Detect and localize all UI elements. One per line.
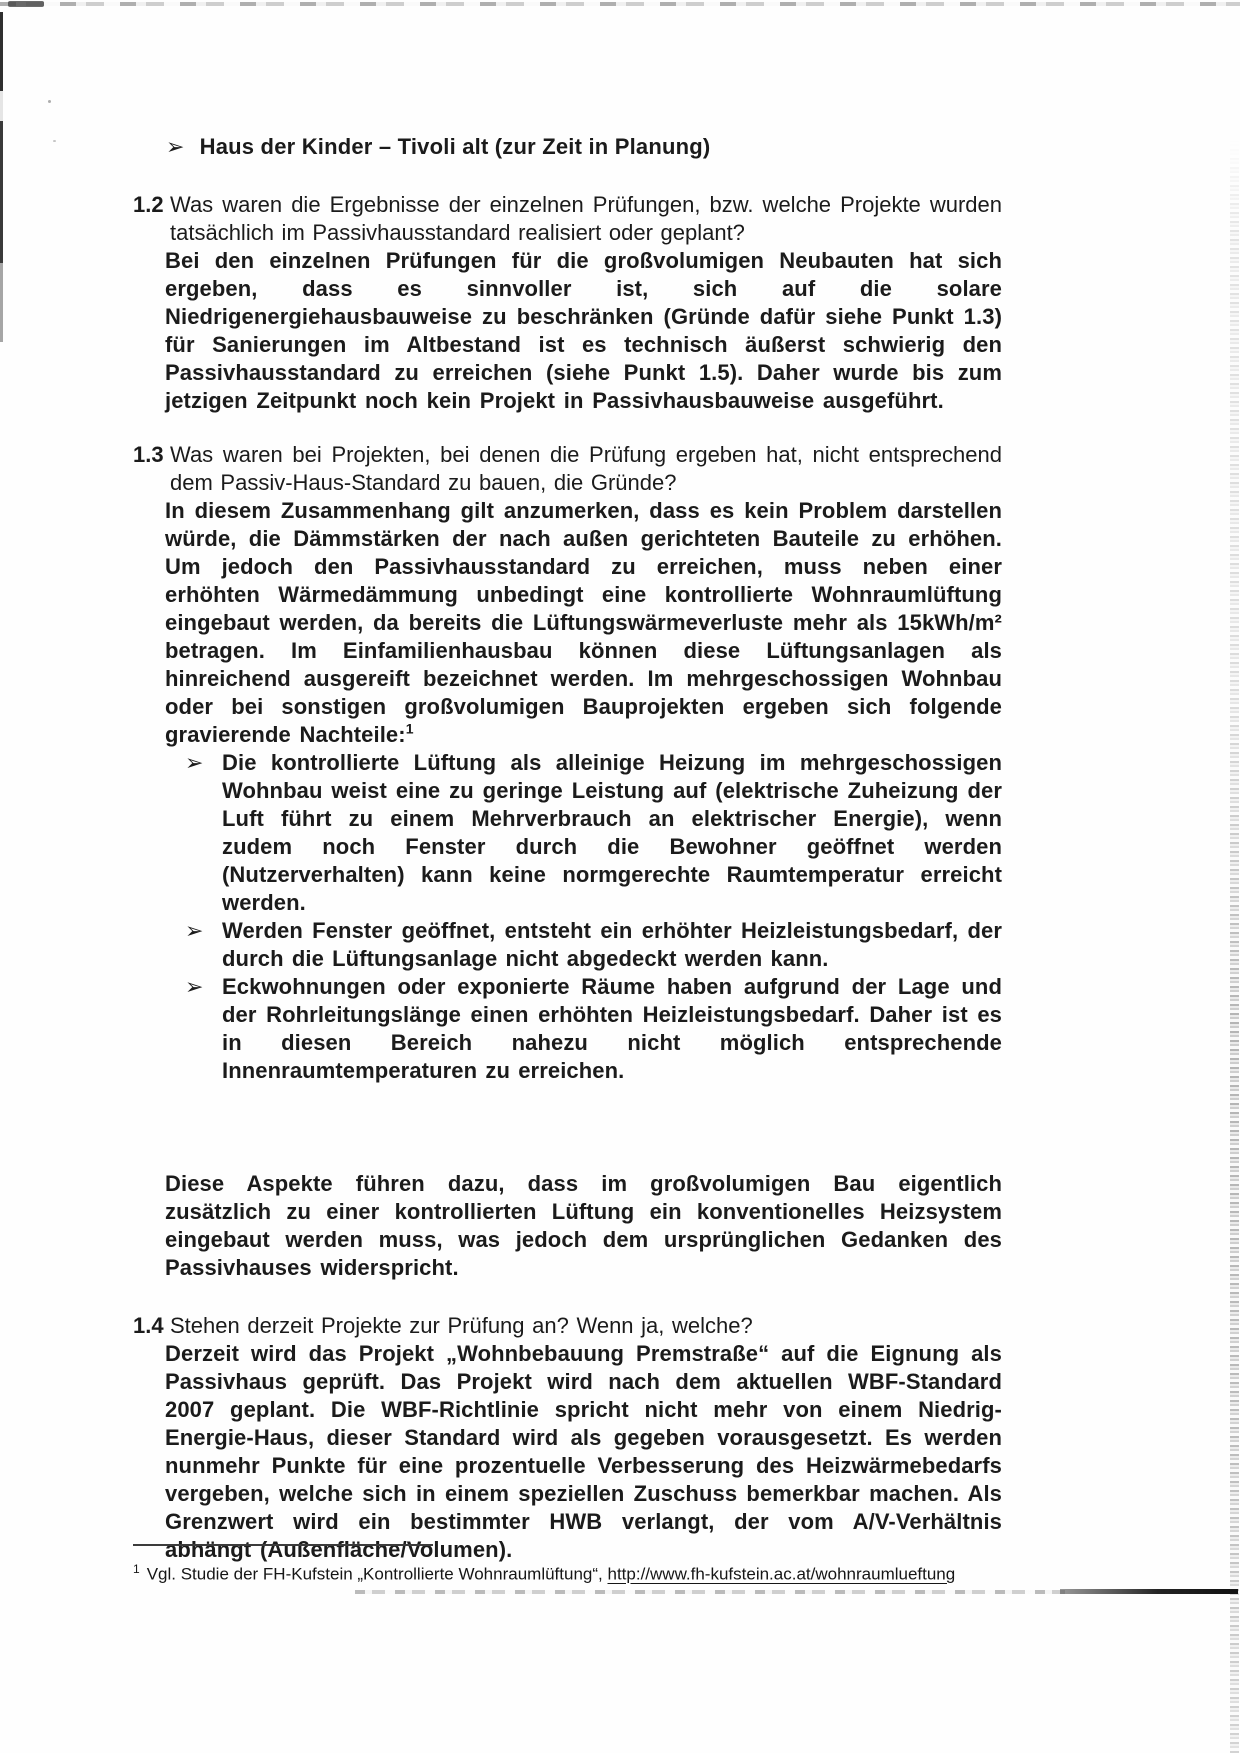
footnote-line: 1Vgl. Studie der FH-Kufstein „Kontrollie…	[133, 1558, 1133, 1586]
list-item: ➢Eckwohnungen oder exponierte Räume habe…	[133, 973, 1002, 1085]
heading-text: Haus der Kinder – Tivoli alt (zur Zeit i…	[200, 134, 711, 159]
list-item-text: Werden Fenster geöffnet, entsteht ein er…	[222, 918, 1002, 971]
footnote-marker: 1	[133, 1562, 140, 1576]
list-item-text: Eckwohnungen oder exponierte Räume haben…	[222, 974, 1002, 1083]
scan-artifact-left-edge-line	[0, 12, 3, 342]
question-1-3: 1.3Was waren bei Projekten, bei denen di…	[133, 441, 1002, 497]
scan-speck	[53, 140, 56, 142]
scan-speck	[48, 100, 51, 103]
answer-1-4: Derzeit wird das Projekt „Wohnbebauung P…	[165, 1340, 1002, 1564]
question-text: Was waren bei Projekten, bei denen die P…	[170, 442, 1002, 495]
list-item-text: Die kontrollierte Lüftung als alleinige …	[222, 750, 1002, 915]
section-number: 1.3	[133, 441, 164, 469]
footnote-link[interactable]: http://www.fh-kufstein.ac.at/wohnraumlue…	[607, 1565, 955, 1584]
list-item: ➢Werden Fenster geöffnet, entsteht ein e…	[133, 917, 1002, 973]
footnote-separator	[133, 1544, 433, 1546]
list-item: ➢Die kontrollierte Lüftung als alleinige…	[133, 749, 1002, 917]
disadvantage-list: ➢Die kontrollierte Lüftung als alleinige…	[133, 749, 1002, 1085]
question-1-4: 1.4Stehen derzeit Projekte zur Prüfung a…	[133, 1312, 1002, 1340]
question-1-2: 1.2Was waren die Ergebnisse der einzelne…	[133, 191, 1002, 247]
scan-artifact-bottom-dark-segment	[1060, 1589, 1238, 1594]
bullet-arrow-icon: ➢	[185, 749, 204, 777]
question-text: Stehen derzeit Projekte zur Prüfung an? …	[170, 1313, 753, 1338]
footnote-text: Vgl. Studie der FH-Kufstein „Kontrollier…	[147, 1565, 608, 1584]
bullet-arrow-icon: ➢	[166, 134, 185, 159]
section-1-3: 1.3Was waren bei Projekten, bei denen di…	[133, 441, 1002, 1282]
answer-text: In diesem Zusammenhang gilt anzumerken, …	[165, 498, 1002, 747]
footnote-reference: 1	[406, 721, 414, 737]
scan-artifact-right-edge-noise	[1230, 140, 1239, 1753]
document-body: ➢Haus der Kinder – Tivoli alt (zur Zeit …	[133, 0, 1002, 1564]
closing-paragraph-1-3: Diese Aspekte führen dazu, dass im großv…	[165, 1170, 1002, 1282]
question-text: Was waren die Ergebnisse der einzelnen P…	[170, 192, 1002, 245]
bullet-arrow-icon: ➢	[185, 917, 204, 945]
section-1-2: 1.2Was waren die Ergebnisse der einzelne…	[133, 191, 1002, 415]
answer-1-3: In diesem Zusammenhang gilt anzumerken, …	[165, 497, 1002, 749]
section-1-4: 1.4Stehen derzeit Projekte zur Prüfung a…	[133, 1312, 1002, 1564]
section-number: 1.4	[133, 1312, 164, 1340]
heading-bullet-line: ➢Haus der Kinder – Tivoli alt (zur Zeit …	[133, 133, 1002, 161]
bullet-arrow-icon: ➢	[185, 973, 204, 1001]
scanned-document-page: ➢Haus der Kinder – Tivoli alt (zur Zeit …	[0, 0, 1240, 1753]
scan-artifact-bottom-dashed-line	[355, 1590, 1065, 1594]
answer-1-2: Bei den einzelnen Prüfungen für die groß…	[165, 247, 1002, 415]
scan-artifact-top-left-mark	[8, 1, 44, 7]
footnote-area: 1Vgl. Studie der FH-Kufstein „Kontrollie…	[133, 1544, 1133, 1586]
section-number: 1.2	[133, 191, 164, 219]
